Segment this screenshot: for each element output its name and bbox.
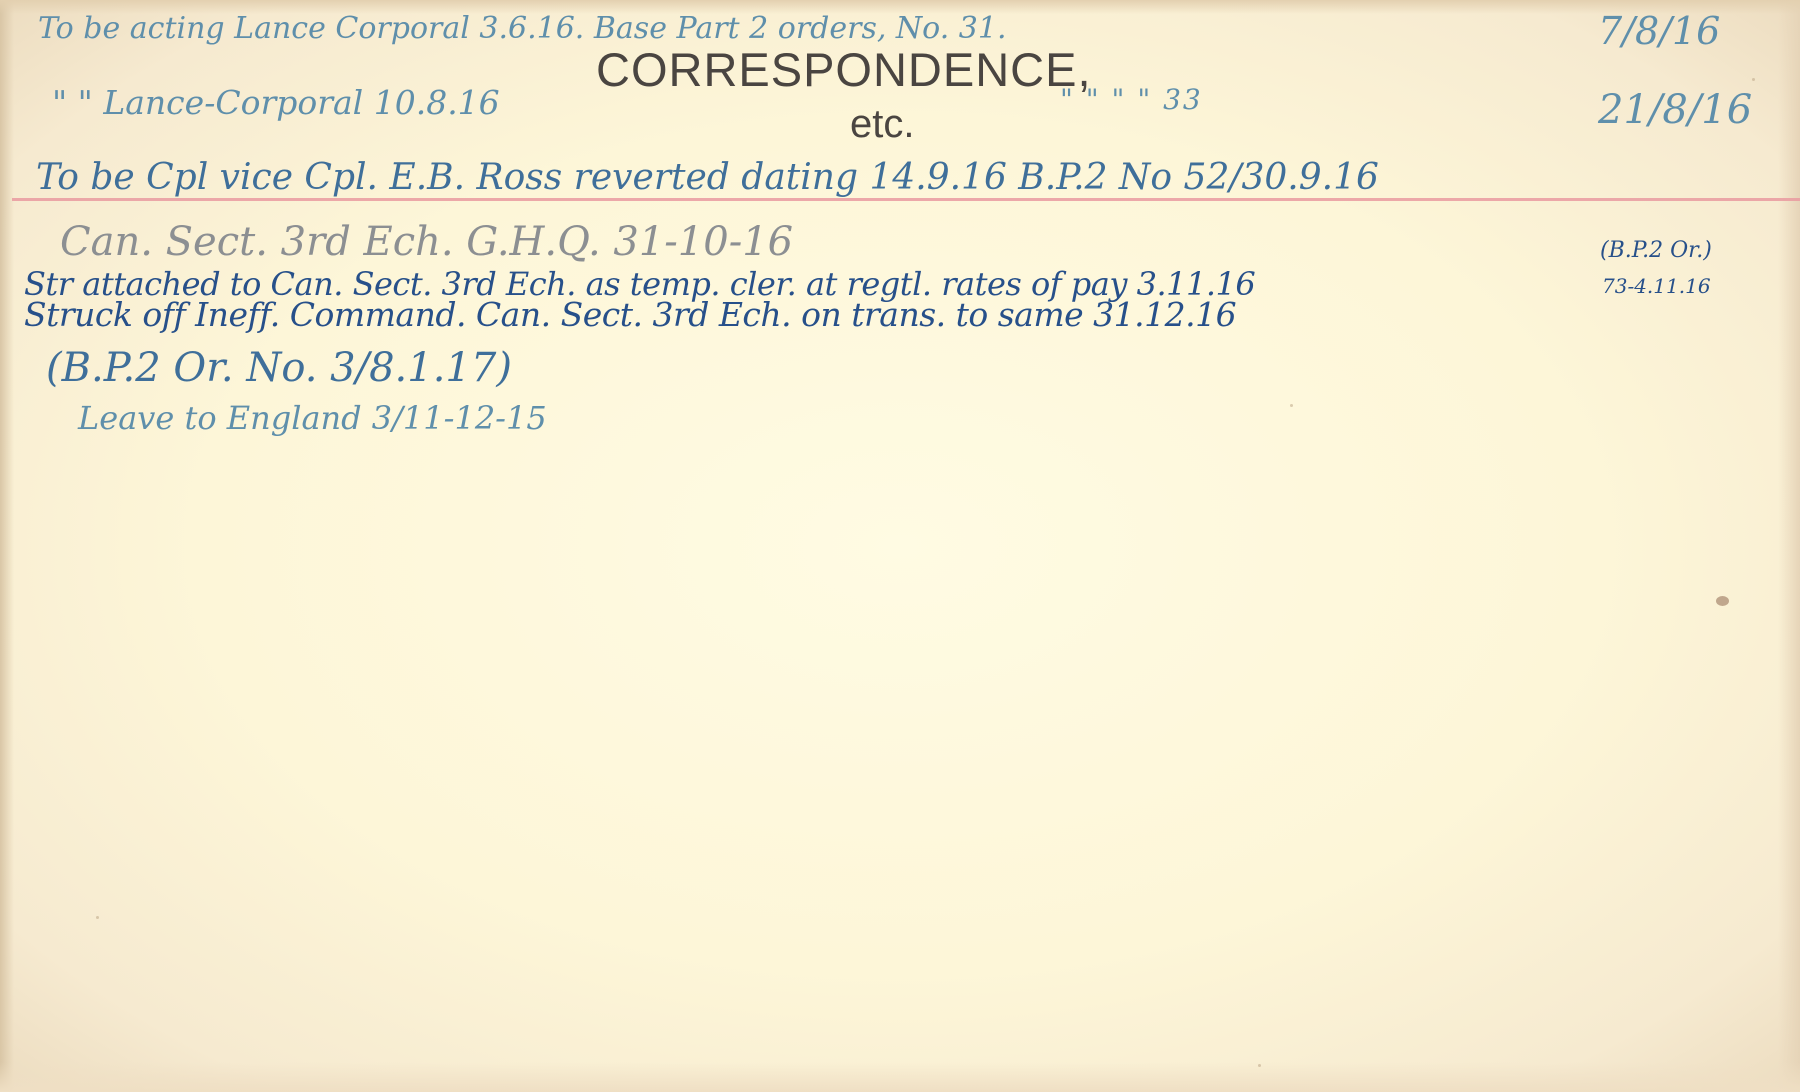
paper-speck (1258, 1064, 1261, 1067)
entry-leave-to-england: Leave to England 3/11-12-15 (78, 402, 547, 434)
entry-date: 21/8/16 (1598, 90, 1752, 130)
paper-speck (96, 916, 99, 919)
entry-struck-off: Struck off Ineff. Command. Can. Sect. 3r… (24, 298, 1236, 331)
entry-corporal-appointment: To be Cpl vice Cpl. E.B. Ross reverted d… (36, 160, 1379, 196)
paper-stain (1716, 596, 1729, 606)
entry-ditto-marks: " " " " 33 (1060, 86, 1203, 114)
entry-order-reference: (B.P.2 Or. No. 3/8.1.17) (46, 348, 512, 388)
entry-order-note-date: 73-4.11.16 (1602, 276, 1711, 296)
entry-order-note: (B.P.2 Or.) (1600, 240, 1712, 262)
printed-subheading: etc. (850, 104, 914, 144)
entry-lance-corporal: " " Lance-Corporal 10.8.16 (52, 86, 500, 119)
paper-speck (1752, 78, 1755, 81)
card-right-edge (1778, 0, 1800, 1092)
printed-heading: CORRESPONDENCE, (596, 46, 1092, 93)
entry-date: 7/8/16 (1598, 12, 1720, 50)
record-card: CORRESPONDENCE, etc. To be acting Lance … (0, 0, 1800, 1092)
card-left-edge (0, 0, 14, 1092)
paper-speck (1290, 404, 1293, 407)
entry-pencil-ghq: Can. Sect. 3rd Ech. G.H.Q. 31-10-16 (60, 222, 793, 262)
card-bottom-edge (0, 1062, 1800, 1092)
red-ruled-line (12, 198, 1800, 201)
entry-acting-lance-corporal: To be acting Lance Corporal 3.6.16. Base… (38, 14, 1007, 44)
